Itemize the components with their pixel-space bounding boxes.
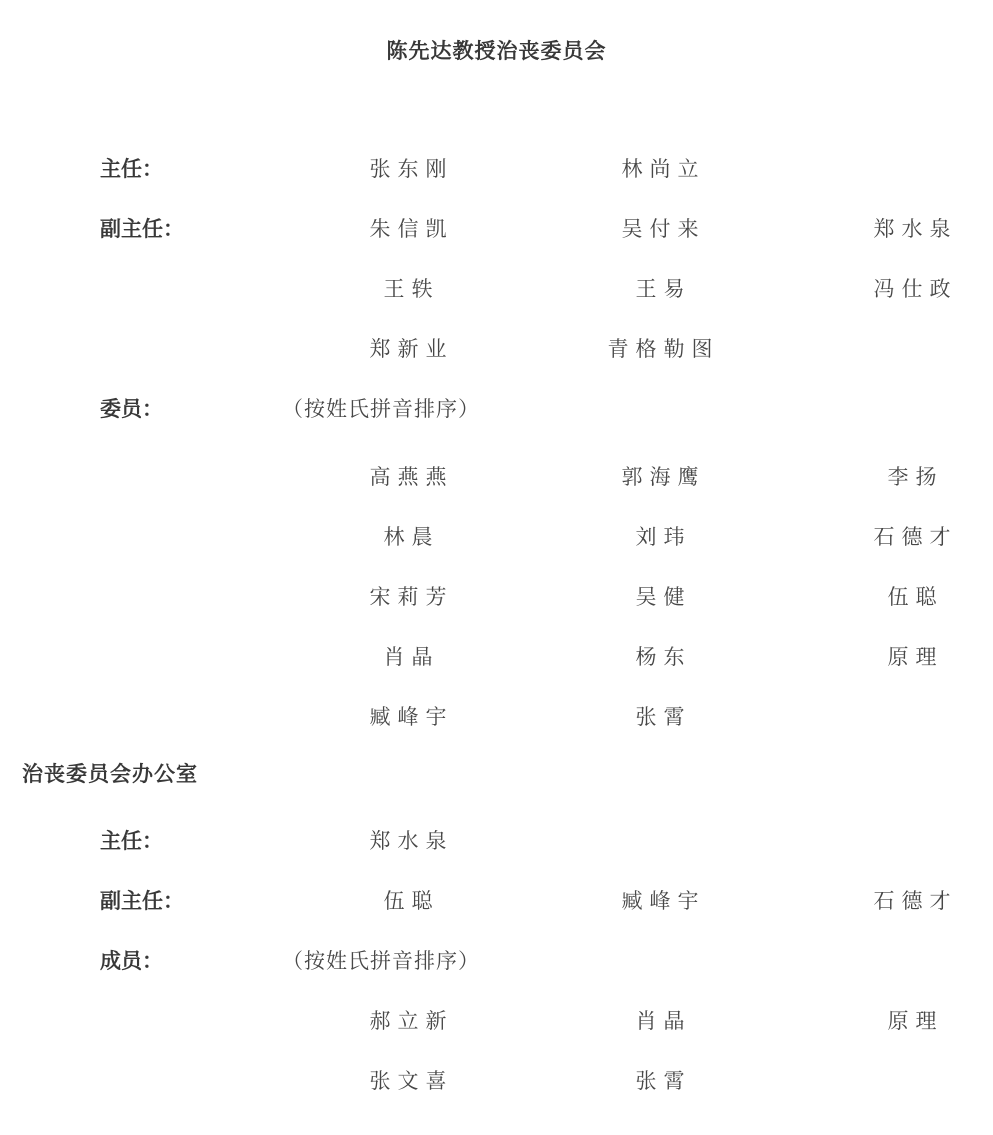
committee-row: 郑新业青格勒图 (0, 318, 993, 378)
member-name: 张霄 (534, 1065, 793, 1095)
role-label: 主任： (0, 825, 282, 855)
member-name: 臧峰宇 (282, 701, 541, 731)
committee-row: 张文喜张霄 (0, 1050, 993, 1110)
committee-row: 副主任：朱信凯吴付来郑水泉 (0, 198, 993, 258)
member-name: 石德才 (786, 521, 993, 551)
committee-row: 林晨刘玮石德才 (0, 506, 993, 566)
member-name: 原理 (786, 1005, 993, 1035)
committee-row: 郝立新肖晶原理 (0, 990, 993, 1050)
member-name: 冯仕政 (786, 273, 993, 303)
member-name: 朱信凯 (282, 213, 541, 243)
member-name: 吴付来 (534, 213, 793, 243)
role-label: 委员： (0, 393, 282, 423)
member-name: 吴健 (534, 581, 793, 611)
committee-row: 高燕燕郭海鹰李扬 (0, 446, 993, 506)
member-name: 石德才 (786, 885, 993, 915)
member-name: 杨东 (534, 641, 793, 671)
member-name: 王轶 (282, 273, 541, 303)
member-name: 李扬 (786, 461, 993, 491)
member-name: 臧峰宇 (534, 885, 793, 915)
member-name: 林晨 (282, 521, 541, 551)
member-name: 郝立新 (282, 1005, 541, 1035)
page-title: 陈先达教授治丧委员会 (0, 0, 993, 66)
member-name: 郑水泉 (786, 213, 993, 243)
memorial-committee-document: 陈先达教授治丧委员会 主任：张东刚林尚立副主任：朱信凯吴付来郑水泉王轶王易冯仕政… (0, 0, 993, 1110)
member-name: 刘玮 (534, 521, 793, 551)
role-label: 成员： (0, 945, 282, 975)
sort-order-note: （按姓氏拼音排序） (282, 945, 993, 975)
committee-row: 主任：张东刚林尚立 (0, 138, 993, 198)
committee-row: 副主任：伍聪臧峰宇石德才 (0, 870, 993, 930)
funeral-committee-section: 主任：张东刚林尚立副主任：朱信凯吴付来郑水泉王轶王易冯仕政郑新业青格勒图委员：（… (0, 138, 993, 746)
member-name: 原理 (786, 641, 993, 671)
committee-row: 肖晶杨东原理 (0, 626, 993, 686)
committee-row: 宋莉芳吴健伍聪 (0, 566, 993, 626)
role-label: 主任： (0, 153, 282, 183)
member-name: 郑新业 (282, 333, 541, 363)
member-name: 肖晶 (534, 1005, 793, 1035)
member-name: 张文喜 (282, 1065, 541, 1095)
member-name: 林尚立 (534, 153, 793, 183)
committee-row: 王轶王易冯仕政 (0, 258, 993, 318)
role-label: 副主任： (0, 213, 282, 243)
member-name: 宋莉芳 (282, 581, 541, 611)
member-name: 郭海鹰 (534, 461, 793, 491)
member-name: 郑水泉 (282, 825, 541, 855)
committee-office-section: 主任：郑水泉副主任：伍聪臧峰宇石德才成员：（按姓氏拼音排序）郝立新肖晶原理张文喜… (0, 810, 993, 1110)
sort-order-note: （按姓氏拼音排序） (282, 393, 993, 423)
member-name: 高燕燕 (282, 461, 541, 491)
member-name: 肖晶 (282, 641, 541, 671)
committee-row: 臧峰宇张霄 (0, 686, 993, 746)
member-name: 伍聪 (786, 581, 993, 611)
member-name: 青格勒图 (534, 333, 793, 363)
member-name: 王易 (534, 273, 793, 303)
office-section-title: 治丧委员会办公室 (0, 746, 993, 790)
member-name: 张东刚 (282, 153, 541, 183)
committee-row: 成员：（按姓氏拼音排序） (0, 930, 993, 990)
committee-row: 主任：郑水泉 (0, 810, 993, 870)
member-name: 张霄 (534, 701, 793, 731)
member-name: 伍聪 (282, 885, 541, 915)
committee-row: 委员：（按姓氏拼音排序） (0, 378, 993, 438)
role-label: 副主任： (0, 885, 282, 915)
